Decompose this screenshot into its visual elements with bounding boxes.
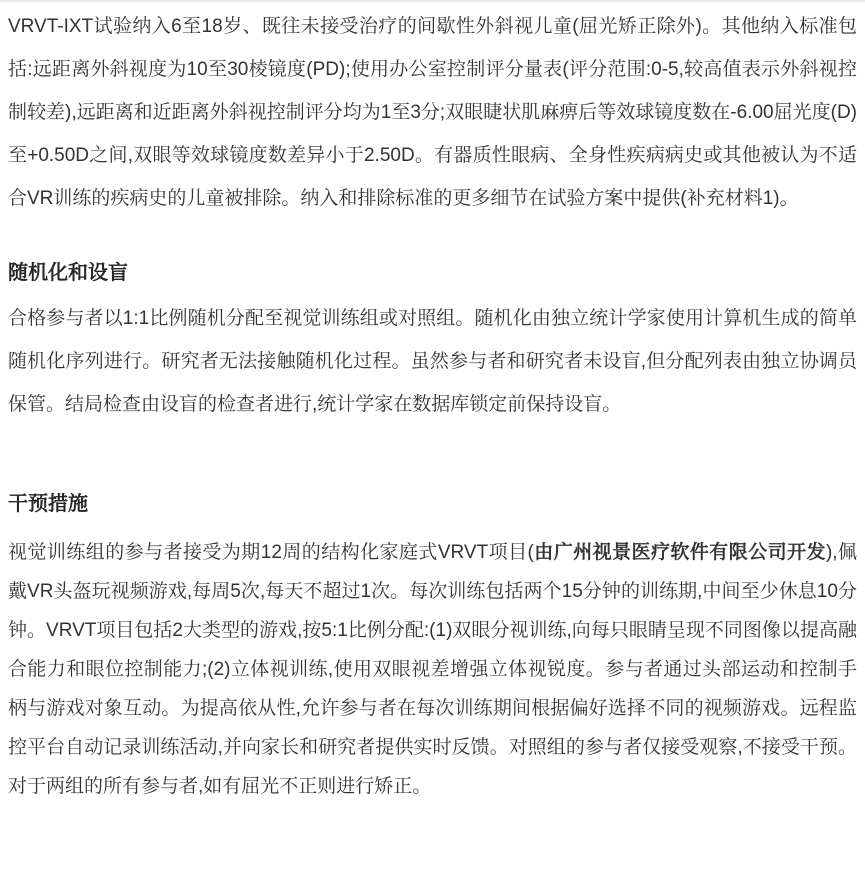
article-body: VRVT-IXT试验纳入6至18岁、既往未接受治疗的间歇性外斜视儿童(屈光矫正除… — [0, 0, 865, 806]
developer-company-bold-text: 由广州视景医疗软件有限公司开发 — [534, 542, 826, 563]
paragraph-intervention: 视觉训练组的参与者接受为期12周的结构化家庭式VRVT项目(由广州视景医疗软件有… — [8, 533, 857, 806]
section-heading-intervention: 干预措施 — [8, 490, 857, 518]
intervention-text-before-developer: 视觉训练组的参与者接受为期12周的结构化家庭式VRVT项目( — [8, 542, 534, 563]
intervention-text-after-developer: ),佩戴VR头盔玩视频游戏,每周5次,每天不超过1次。每次训练包括两个15分钟的… — [8, 542, 857, 797]
section-heading-randomization: 随机化和设盲 — [8, 259, 857, 287]
paragraph-randomization: 合格参与者以1:1比例随机分配至视觉训练组或对照组。随机化由独立统计学家使用计算… — [8, 297, 857, 426]
page: { "page": { "background_color": "#ffffff… — [0, 0, 865, 806]
paragraph-inclusion-criteria: VRVT-IXT试验纳入6至18岁、既往未接受治疗的间歇性外斜视儿童(屈光矫正除… — [8, 5, 857, 220]
